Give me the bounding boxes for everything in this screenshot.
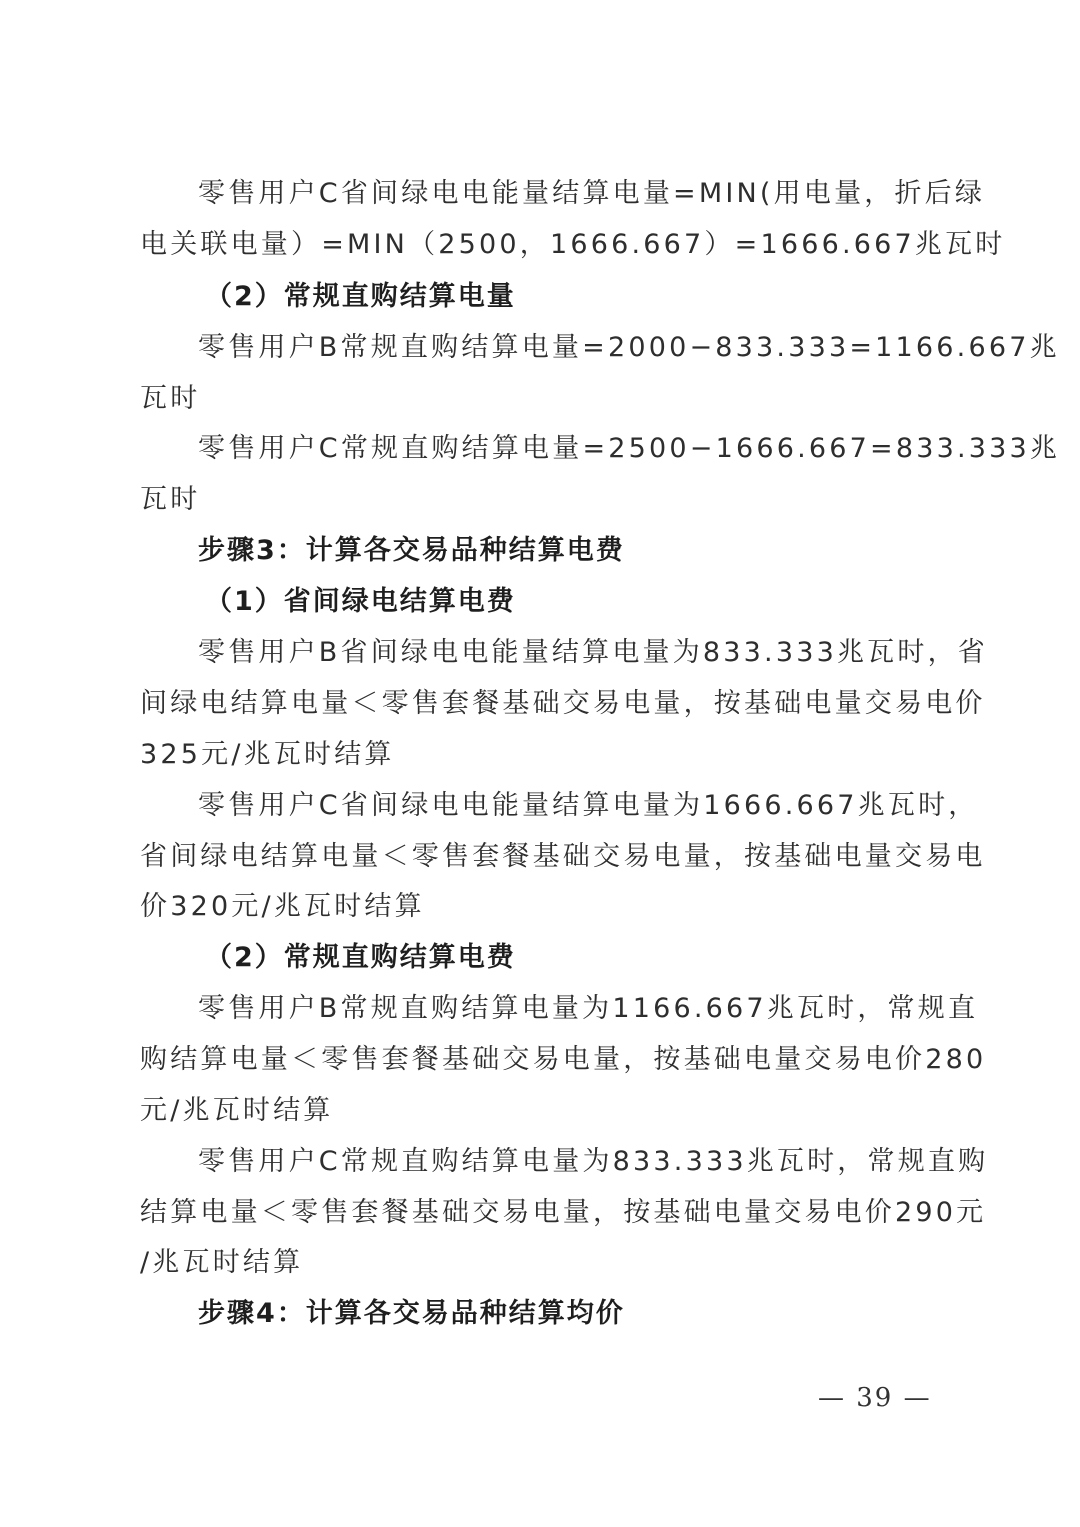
paragraph-user-b-conventional-fee-line-3: 元/兆瓦时结算 [140,1093,334,1129]
paragraph-user-c-green-fee-line-3: 价320元/兆瓦时结算 [140,889,425,925]
paragraph-user-c-conventional-fee-line-1: 零售用户C常规直购结算电量为833.333兆瓦时，常规直购 [198,1144,988,1180]
sub-heading-conventional-fee: （2）常规直购结算电费 [205,940,516,976]
paragraph-user-b-green-fee-line-2: 间绿电结算电量＜零售套餐基础交易电量，按基础电量交易电价 [140,686,986,722]
paragraph-user-c-green-volume-line-2: 电关联电量）=MIN（2500，1666.667）=1666.667兆瓦时 [140,227,1005,263]
paragraph-user-b-conventional-volume-line-2: 瓦时 [140,381,200,417]
sub-heading-conventional-volume: （2）常规直购结算电量 [205,279,516,315]
step-4-heading: 步骤4：计算各交易品种结算均价 [198,1296,625,1332]
paragraph-user-b-conventional-fee-line-1: 零售用户B常规直购结算电量为1166.667兆瓦时，常规直 [198,991,978,1027]
step-3-heading: 步骤3：计算各交易品种结算电费 [198,533,625,569]
paragraph-user-c-conventional-volume-line-2: 瓦时 [140,482,200,518]
paragraph-user-c-green-fee-line-1: 零售用户C省间绿电电能量结算电量为1666.667兆瓦时， [198,788,978,824]
paragraph-user-c-conventional-fee-line-3: /兆瓦时结算 [140,1245,303,1281]
document-page: 零售用户C省间绿电电能量结算电量=MIN(用电量，折后绿 电关联电量）=MIN（… [0,0,1080,1527]
paragraph-user-b-conventional-volume-line-1: 零售用户B常规直购结算电量=2000−833.333=1166.667兆 [198,330,1060,366]
paragraph-user-c-conventional-fee-line-2: 结算电量＜零售套餐基础交易电量，按基础电量交易电价290元 [140,1195,986,1231]
sub-heading-green-fee: （1）省间绿电结算电费 [205,584,516,620]
paragraph-user-b-green-fee-line-3: 325元/兆瓦时结算 [140,737,395,773]
paragraph-user-b-conventional-fee-line-2: 购结算电量＜零售套餐基础交易电量，按基础电量交易电价280 [140,1042,986,1078]
paragraph-user-c-green-fee-line-2: 省间绿电结算电量＜零售套餐基础交易电量，按基础电量交易电 [140,839,986,875]
paragraph-user-b-green-fee-line-1: 零售用户B省间绿电电能量结算电量为833.333兆瓦时，省 [198,635,988,671]
paragraph-user-c-conventional-volume-line-1: 零售用户C常规直购结算电量=2500−1666.667=833.333兆 [198,431,1060,467]
paragraph-user-c-green-volume-line-1: 零售用户C省间绿电电能量结算电量=MIN(用电量，折后绿 [198,176,985,212]
page-number: — 39 — [818,1380,932,1416]
